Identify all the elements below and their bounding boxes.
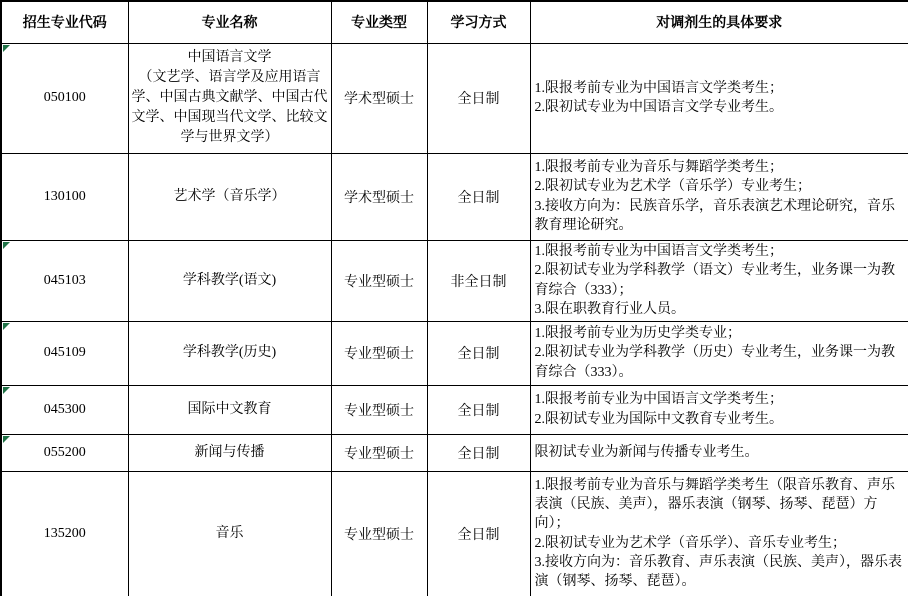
major-name-cell: 音乐 [128, 471, 331, 596]
requirements-cell: 限初试专业为新闻与传播专业考生。 [530, 434, 908, 471]
excel-text-flag-icon [3, 436, 10, 443]
code-cell: 045103 [1, 240, 128, 321]
study-mode-cell: 全日制 [427, 153, 530, 240]
major-name-cell: 国际中文教育 [128, 385, 331, 434]
major-type-cell: 学术型硕士 [331, 43, 427, 153]
code-cell: 045109 [1, 321, 128, 385]
admission-transfer-table-page: 招生专业代码 专业名称 专业类型 学习方式 对调剂生的具体要求 050100 中… [0, 0, 908, 596]
code-cell: 045300 [1, 385, 128, 434]
major-type-cell: 专业型硕士 [331, 240, 427, 321]
column-header-code: 招生专业代码 [1, 1, 128, 43]
code-cell: 130100 [1, 153, 128, 240]
table-row: 045300 国际中文教育 专业型硕士 全日制 1.限报考前专业为中国语言文学类… [1, 385, 908, 434]
column-header-requirements: 对调剂生的具体要求 [530, 1, 908, 43]
table-row: 050100 中国语言文学 （文艺学、语言学及应用语言学、中国古典文献学、中国古… [1, 43, 908, 153]
excel-text-flag-icon [3, 387, 10, 394]
major-type-cell: 专业型硕士 [331, 321, 427, 385]
table-row: 135200 音乐 专业型硕士 全日制 1.限报考前专业为音乐与舞蹈学类考生（限… [1, 471, 908, 596]
major-name-cell: 中国语言文学 （文艺学、语言学及应用语言学、中国古典文献学、中国古代文学、中国现… [128, 43, 331, 153]
major-type-cell: 学术型硕士 [331, 153, 427, 240]
excel-text-flag-icon [3, 45, 10, 52]
table-row: 055200 新闻与传播 专业型硕士 全日制 限初试专业为新闻与传播专业考生。 [1, 434, 908, 471]
excel-text-flag-icon [3, 242, 10, 249]
column-header-type: 专业类型 [331, 1, 427, 43]
major-name-cell: 学科教学(历史) [128, 321, 331, 385]
table-row: 045109 学科教学(历史) 专业型硕士 全日制 1.限报考前专业为历史学类专… [1, 321, 908, 385]
header-row: 招生专业代码 专业名称 专业类型 学习方式 对调剂生的具体要求 [1, 1, 908, 43]
code-cell: 055200 [1, 434, 128, 471]
requirements-cell: 1.限报考前专业为历史学类专业； 2.限初试专业为学科教学（历史）专业考生，业务… [530, 321, 908, 385]
table-row: 130100 艺术学（音乐学） 学术型硕士 全日制 1.限报考前专业为音乐与舞蹈… [1, 153, 908, 240]
major-name-cell: 艺术学（音乐学） [128, 153, 331, 240]
excel-text-flag-icon [3, 323, 10, 330]
study-mode-cell: 全日制 [427, 43, 530, 153]
major-type-cell: 专业型硕士 [331, 385, 427, 434]
requirements-cell: 1.限报考前专业为音乐与舞蹈学类考生； 2.限初试专业为艺术学（音乐学）专业考生… [530, 153, 908, 240]
major-name-cell: 学科教学(语文) [128, 240, 331, 321]
study-mode-cell: 全日制 [427, 385, 530, 434]
study-mode-cell: 全日制 [427, 434, 530, 471]
study-mode-cell: 非全日制 [427, 240, 530, 321]
major-type-cell: 专业型硕士 [331, 471, 427, 596]
transfer-requirements-table: 招生专业代码 专业名称 专业类型 学习方式 对调剂生的具体要求 050100 中… [0, 0, 908, 596]
requirements-cell: 1.限报考前专业为中国语言文学类考生； 2.限初试专业为中国语言文学专业考生。 [530, 43, 908, 153]
study-mode-cell: 全日制 [427, 321, 530, 385]
requirements-cell: 1.限报考前专业为中国语言文学类考生； 2.限初试专业为学科教学（语文）专业考生… [530, 240, 908, 321]
column-header-name: 专业名称 [128, 1, 331, 43]
column-header-mode: 学习方式 [427, 1, 530, 43]
requirements-cell: 1.限报考前专业为中国语言文学类考生； 2.限初试专业为国际中文教育专业考生。 [530, 385, 908, 434]
table-row: 045103 学科教学(语文) 专业型硕士 非全日制 1.限报考前专业为中国语言… [1, 240, 908, 321]
requirements-cell: 1.限报考前专业为音乐与舞蹈学类考生（限音乐教育、声乐表演（民族、美声），器乐表… [530, 471, 908, 596]
code-cell: 050100 [1, 43, 128, 153]
code-cell: 135200 [1, 471, 128, 596]
study-mode-cell: 全日制 [427, 471, 530, 596]
major-name-cell: 新闻与传播 [128, 434, 331, 471]
major-type-cell: 专业型硕士 [331, 434, 427, 471]
